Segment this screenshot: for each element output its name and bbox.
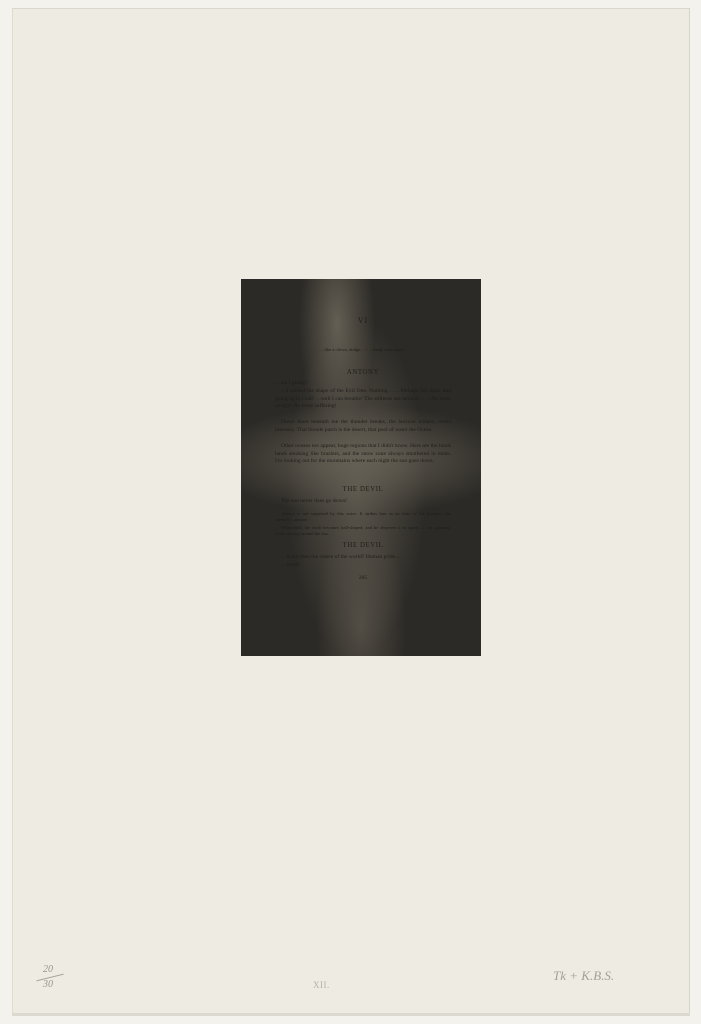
aquatint-plate: VI … like a clown, dodge… / …badly conce… xyxy=(241,279,481,656)
plate-roman-numeral: XII. xyxy=(313,980,330,990)
paragraph: …is not then the centre of the world? Hu… xyxy=(275,554,451,562)
paper-sheet: VI … like a clown, dodge… / …badly conce… xyxy=(12,8,690,1013)
paragraph: Down there beneath me the thunder breaks… xyxy=(275,419,451,434)
stage-direction: Antony is not surprised by this voice. I… xyxy=(275,511,451,523)
paragraph: The sun never does go down! xyxy=(275,498,451,506)
chapter-numeral: VI xyxy=(275,317,451,325)
edition-numerator: 20 xyxy=(43,964,53,975)
intro-line: … like a clown, dodge… / …badly conceale… xyxy=(275,347,451,353)
plate-tonal-cross xyxy=(241,279,481,656)
heading-the-devil: THE DEVIL xyxy=(275,542,451,550)
paragraph: …I sensed the shape of the Evil One. Not… xyxy=(275,388,451,411)
paragraph: …cruel! xyxy=(275,562,451,570)
edition-number: 20 30 xyxy=(34,963,62,992)
edition-denominator: 30 xyxy=(43,979,53,990)
page-number: 205 xyxy=(275,575,451,583)
heading-antony: ANTONY xyxy=(275,369,451,377)
paragraph: Other oceans too appear, huge regions th… xyxy=(275,443,451,466)
paragraph: …am I going? xyxy=(275,380,451,388)
heading-the-devil: THE DEVIL xyxy=(275,486,451,494)
stage-direction: Meanwhile, the earth becomes ball-shaped… xyxy=(275,525,451,537)
artist-initials: Tk + K.B.S. xyxy=(553,968,614,984)
